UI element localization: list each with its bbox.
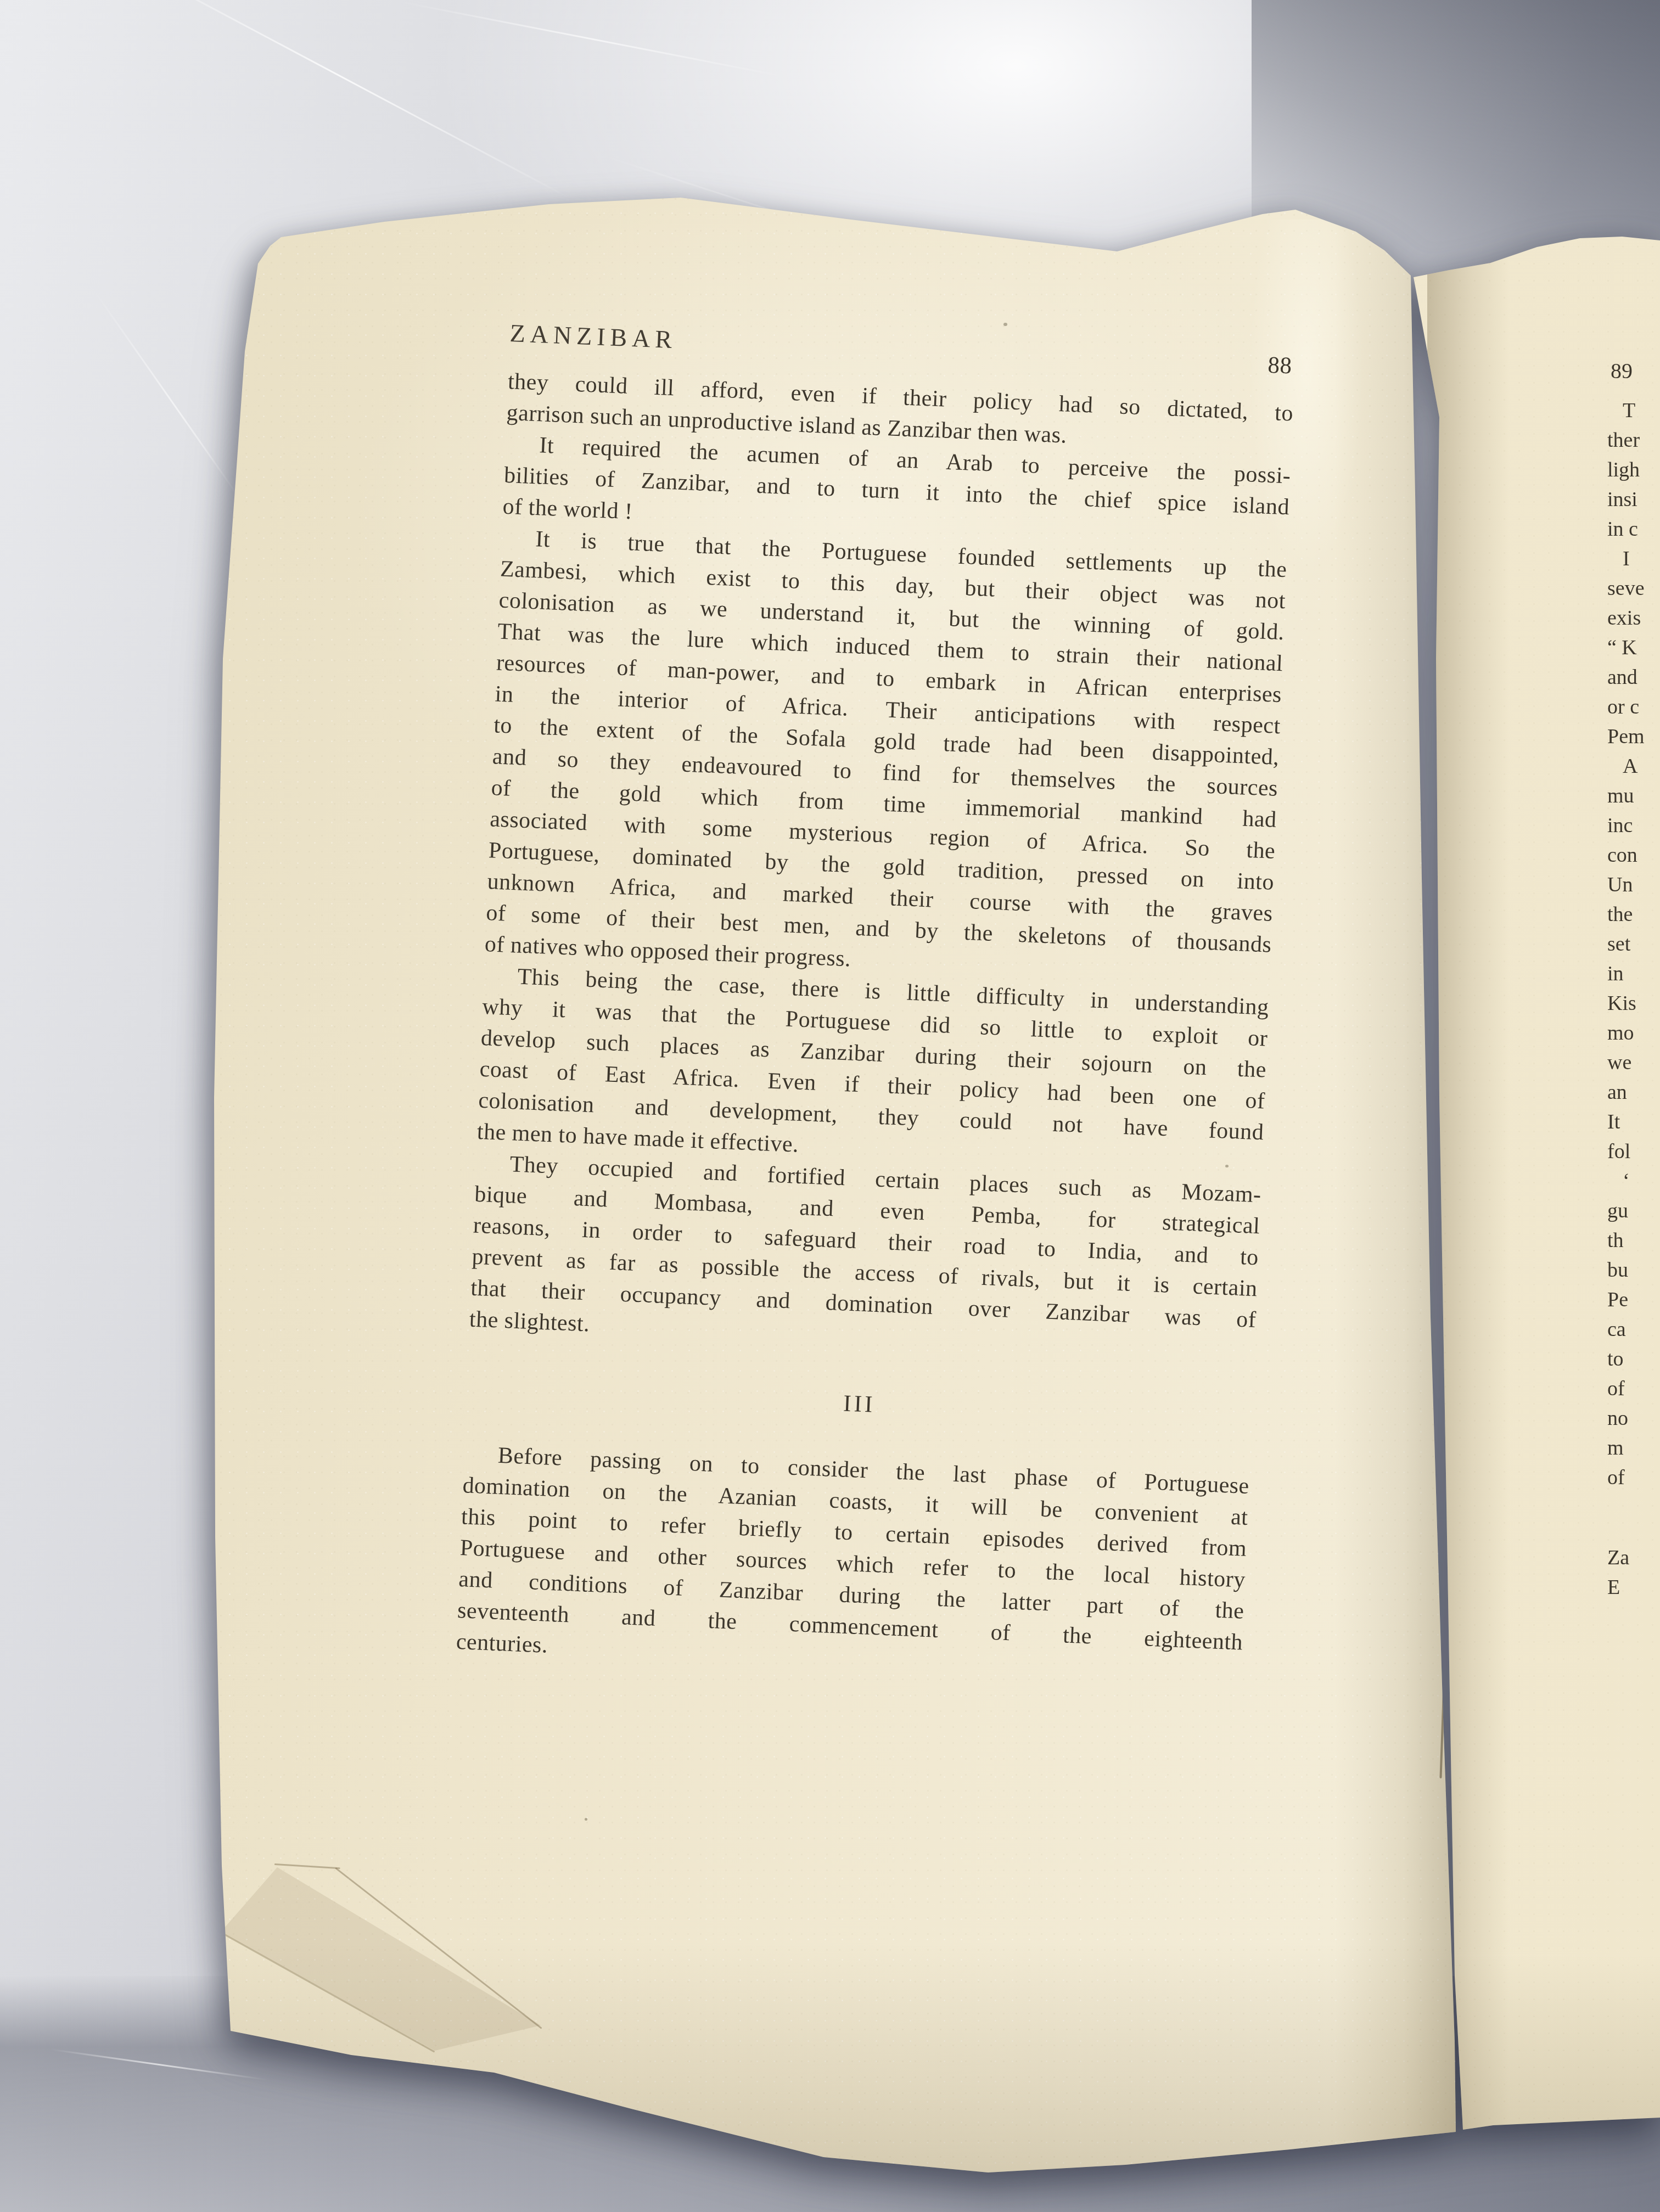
right-page-lines: Ttherlighinsiin cIseveexis“ Kandor cPemA… xyxy=(1607,396,1660,1602)
fragment-line: bu xyxy=(1607,1255,1660,1285)
fragment-line: Pe xyxy=(1607,1285,1660,1315)
page-number: 88 xyxy=(1267,350,1296,382)
page-number: 89 xyxy=(1607,358,1660,384)
paper-speck xyxy=(585,1818,587,1821)
fold-crease-line xyxy=(274,1863,340,1869)
fragment-line: ca xyxy=(1607,1315,1660,1344)
fragment-line: we xyxy=(1607,1048,1660,1077)
fragment-line: to xyxy=(1607,1344,1660,1374)
fragment-line: of xyxy=(1607,1374,1660,1403)
section-heading: III xyxy=(466,1372,1253,1436)
fragment-line: ligh xyxy=(1607,455,1660,485)
fragment-line: I xyxy=(1607,544,1660,574)
fragment-line: the xyxy=(1607,900,1660,929)
fragment-line: Za xyxy=(1607,1543,1660,1573)
fragment-line: insi xyxy=(1607,485,1660,514)
fragment-line: fol xyxy=(1607,1137,1660,1166)
fragment-line: mu xyxy=(1607,781,1660,811)
fragment-line: Kis xyxy=(1607,989,1660,1018)
fragment-line: in c xyxy=(1607,514,1660,544)
fragment-line: mo xyxy=(1607,1018,1660,1048)
right-page-text-column: 89 Ttherlighinsiin cIseveexis“ Kandor cP… xyxy=(1607,358,1660,1602)
fragment-line: no xyxy=(1607,1403,1660,1433)
fragment-line: ‘ xyxy=(1607,1166,1660,1196)
fragment-line: E xyxy=(1607,1573,1660,1602)
fragment-line: ther xyxy=(1607,425,1660,455)
book-photo-scene: 89 Ttherlighinsiin cIseveexis“ Kandor cP… xyxy=(0,0,1660,2212)
fragment-line xyxy=(1607,1492,1660,1543)
fragment-line: m xyxy=(1607,1433,1660,1463)
paper-speck xyxy=(1003,323,1007,326)
fragment-line: set xyxy=(1607,929,1660,959)
fragment-line: T xyxy=(1607,396,1660,425)
chapter-running-title: ZANZIBAR xyxy=(509,317,678,355)
fragment-line: in xyxy=(1607,959,1660,989)
fragment-line: seve xyxy=(1607,574,1660,603)
fragment-line: It xyxy=(1607,1107,1660,1137)
open-book: 89 Ttherlighinsiin cIseveexis“ Kandor cP… xyxy=(0,0,1660,2212)
fragment-line: of xyxy=(1607,1463,1660,1492)
book-page-left: ZANZIBAR 88 they could ill afford, even … xyxy=(0,0,1660,2212)
fragment-line: an xyxy=(1607,1077,1660,1107)
fragment-line: inc xyxy=(1607,811,1660,840)
page-bottom-shade xyxy=(1427,1954,1660,2135)
fragment-line: “ K xyxy=(1607,633,1660,663)
fragment-line: th xyxy=(1607,1226,1660,1255)
fragment-line: and xyxy=(1607,663,1660,692)
fragment-line: con xyxy=(1607,840,1660,870)
fragment-line: gu xyxy=(1607,1196,1660,1226)
fragment-line: or c xyxy=(1607,692,1660,722)
fragment-line: A xyxy=(1607,751,1660,781)
fragment-line: exis xyxy=(1607,603,1660,633)
left-page-text-block: ZANZIBAR 88 they could ill afford, even … xyxy=(456,317,1296,1690)
fragment-line: Un xyxy=(1607,870,1660,900)
page-body: they could ill afford, even if their pol… xyxy=(456,366,1294,1690)
fragment-line: Pem xyxy=(1607,722,1660,751)
